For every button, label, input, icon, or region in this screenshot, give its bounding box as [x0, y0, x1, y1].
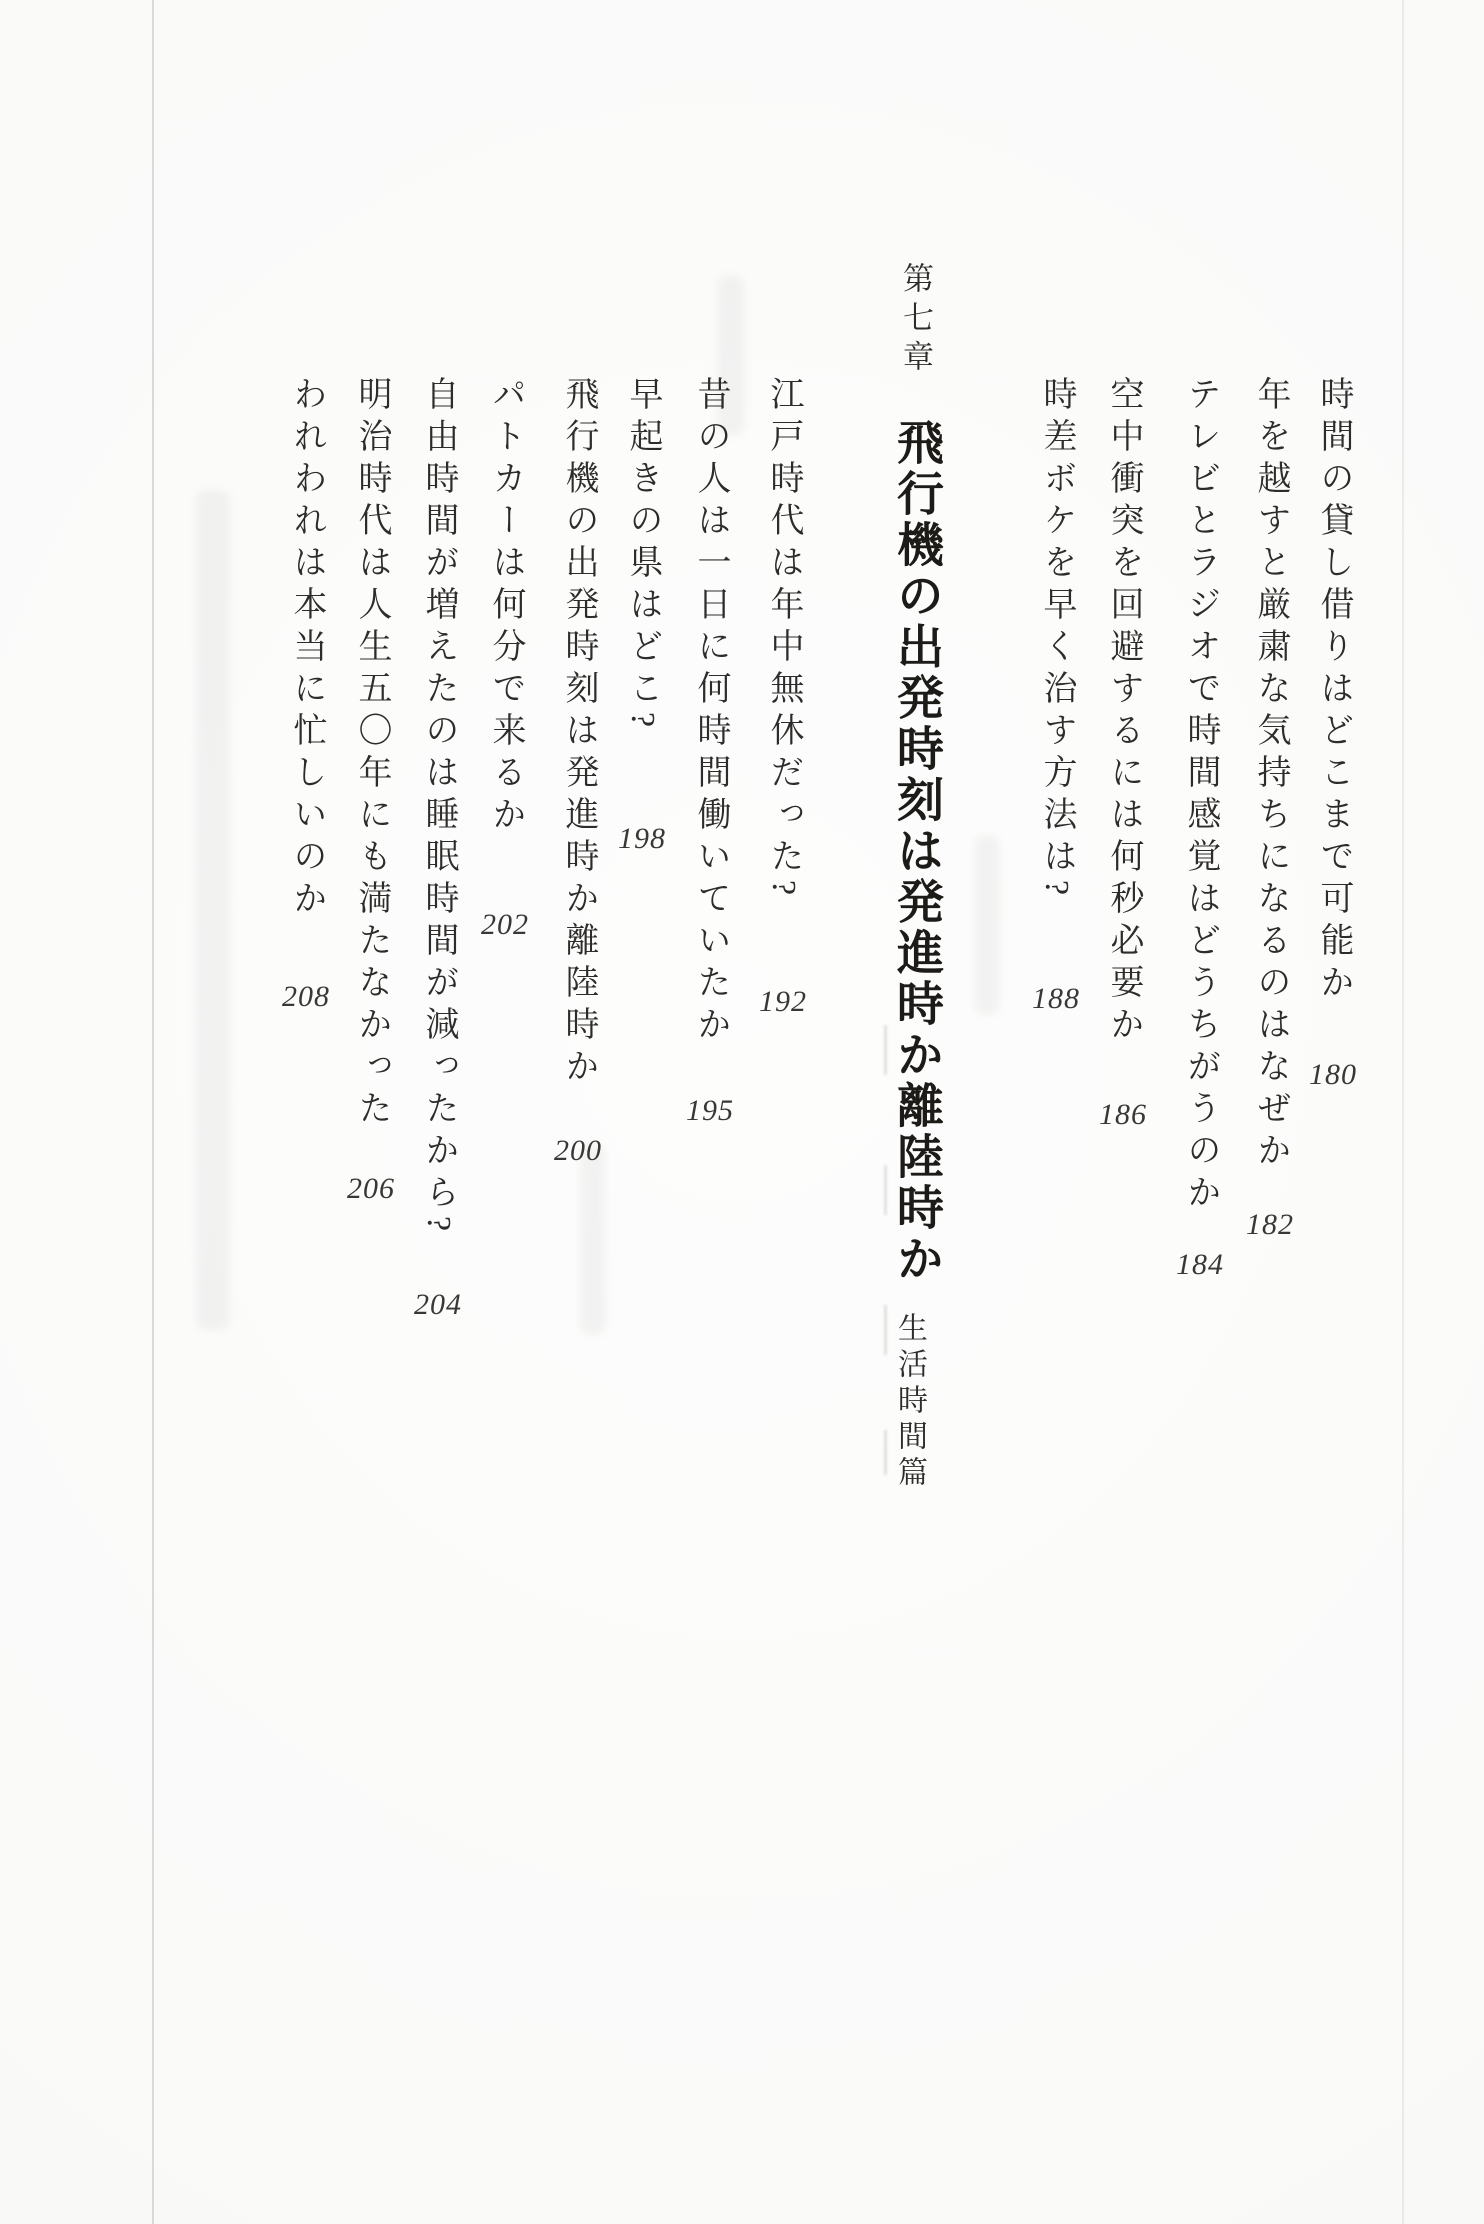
toc-entry: 早起きの県はどこ? — [620, 376, 664, 735]
toc-entry: 明治時代は人生五〇年にも満たなかった — [349, 376, 393, 1132]
toc-entry: 年を越すと厳粛な気持ちになるのはなぜか — [1248, 376, 1292, 1174]
toc-entry: 時差ボケを早く治す方法は? — [1034, 376, 1078, 903]
toc-entry: 江戸時代は年中無休だった? — [761, 376, 805, 903]
toc-entry-page-number: 195 — [678, 1094, 742, 1128]
toc-entry: 昔の人は一日に何時間働いていたか — [688, 376, 732, 1048]
toc-entry-text: 時間の貸し借りはどこまで可能か — [1315, 376, 1352, 1006]
toc-entry-page-number: 200 — [546, 1134, 610, 1168]
toc-entry: 自由時間が増えたのは睡眠時間が減ったから? — [416, 376, 460, 1239]
toc-entry-page-number: 198 — [610, 822, 674, 856]
bleedthrough-ghost — [580, 1145, 606, 1335]
toc-entry-page-number: 180 — [1301, 1058, 1365, 1092]
toc-entry-page-number: 208 — [274, 980, 338, 1014]
toc-entry: テレビとラジオで時間感覚はどうちがうのか — [1178, 376, 1222, 1216]
toc-entry-text: 昔の人は一日に何時間働いていたか — [692, 376, 729, 1048]
toc-entry: 飛行機の出発時刻は発進時か離陸時か — [556, 376, 600, 1090]
toc-entry-text: 時差ボケを早く治す方法は? — [1038, 376, 1075, 903]
toc-entry: 空中衝突を回避するには何秒必要か — [1101, 376, 1145, 1048]
toc-entry: パトカーは何分で来るか — [483, 376, 527, 838]
toc-entry-text: 空中衝突を回避するには何秒必要か — [1105, 376, 1142, 1048]
toc-entry-text: 明治時代は人生五〇年にも満たなかった — [353, 376, 390, 1132]
chapter-subtitle: 生活時間篇 — [889, 1312, 929, 1492]
toc-entry-page-number: 188 — [1024, 982, 1088, 1016]
page-gutter-line — [152, 0, 154, 2224]
chapter-title: 飛行機の出発時刻は発進時か離陸時か — [887, 418, 945, 1285]
bleedthrough-ghost — [884, 1305, 887, 1355]
bleedthrough-ghost — [974, 835, 1000, 1015]
toc-entry-text: テレビとラジオで時間感覚はどうちがうのか — [1182, 376, 1219, 1216]
toc-entry-page-number: 186 — [1091, 1098, 1155, 1132]
toc-entry-page-number: 184 — [1168, 1248, 1232, 1282]
toc-entry-text: われわれは本当に忙しいのか — [288, 376, 325, 922]
page-edge-line — [1402, 0, 1404, 2224]
toc-entry-page-number: 192 — [751, 985, 815, 1019]
toc-entry-page-number: 206 — [339, 1172, 403, 1206]
toc-entry-text: 年を越すと厳粛な気持ちになるのはなぜか — [1252, 376, 1289, 1174]
chapter-number: 第七章 — [893, 262, 937, 379]
toc-entry: われわれは本当に忙しいのか — [284, 376, 328, 922]
toc-entry-text: 江戸時代は年中無休だった? — [765, 376, 802, 903]
toc-entry-page-number: 182 — [1238, 1208, 1302, 1242]
scanned-book-page: 時間の貸し借りはどこまで可能か 180 年を越すと厳粛な気持ちになるのはなぜか … — [0, 0, 1484, 2224]
bleedthrough-ghost — [196, 490, 230, 1330]
toc-entry-text: パトカーは何分で来るか — [487, 376, 524, 838]
toc-entry: 時間の貸し借りはどこまで可能か — [1311, 376, 1355, 1006]
toc-entry-page-number: 204 — [406, 1288, 470, 1322]
toc-entry-text: 飛行機の出発時刻は発進時か離陸時か — [560, 376, 597, 1090]
toc-entry-page-number: 202 — [473, 908, 537, 942]
bleedthrough-ghost — [884, 1430, 887, 1475]
toc-entry-text: 早起きの県はどこ? — [624, 376, 661, 735]
toc-entry-text: 自由時間が増えたのは睡眠時間が減ったから? — [420, 376, 457, 1239]
